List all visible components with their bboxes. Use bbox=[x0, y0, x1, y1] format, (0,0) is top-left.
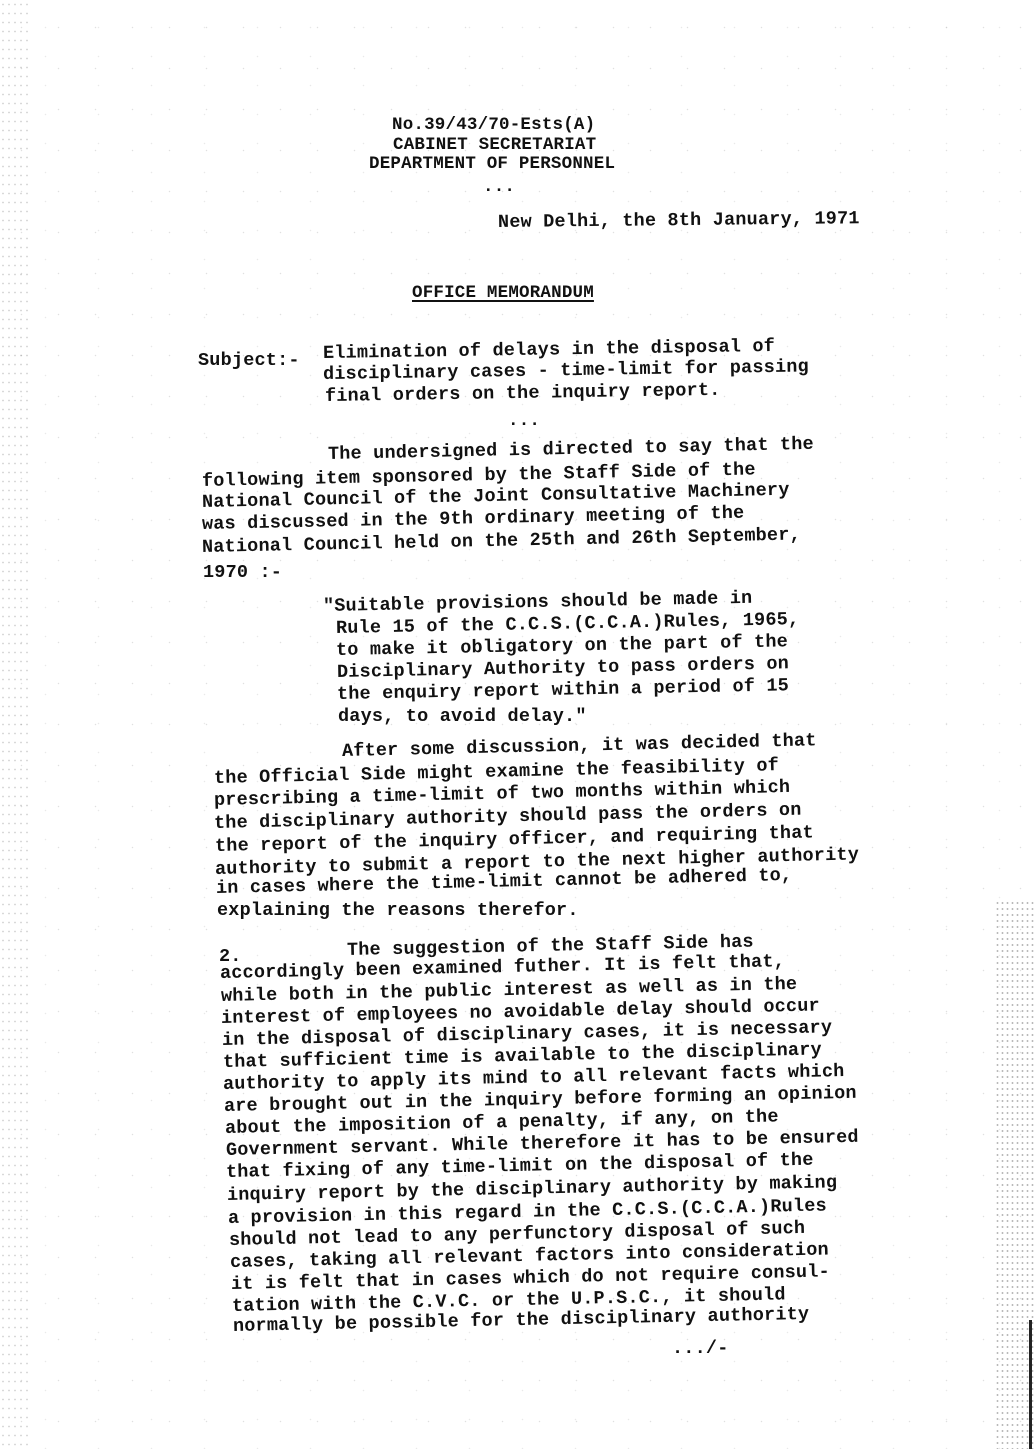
header-separator: ... bbox=[483, 176, 515, 198]
scan-edge-line bbox=[1029, 1320, 1032, 1449]
paragraph-2-line: explaining the reasons therefor. bbox=[217, 900, 579, 922]
subject-separator: ... bbox=[508, 410, 540, 432]
continuation-mark: .../- bbox=[672, 1338, 729, 1360]
subject-label: Subject:- bbox=[198, 350, 300, 372]
place-date: New Delhi, the 8th January, 1971 bbox=[498, 208, 860, 234]
document-title: OFFICE MEMORANDUM bbox=[412, 282, 594, 304]
scanned-document-page: No.39/43/70-Ests(A) CABINET SECRETARIAT … bbox=[0, 0, 1035, 1449]
scan-edge-left bbox=[0, 0, 30, 1449]
file-number: No.39/43/70-Ests(A) bbox=[392, 114, 595, 136]
department-name: DEPARTMENT OF PERSONNEL bbox=[369, 153, 615, 175]
quotation-line: days, to avoid delay." bbox=[338, 706, 587, 728]
paragraph-1-line: 1970 :- bbox=[203, 562, 282, 584]
